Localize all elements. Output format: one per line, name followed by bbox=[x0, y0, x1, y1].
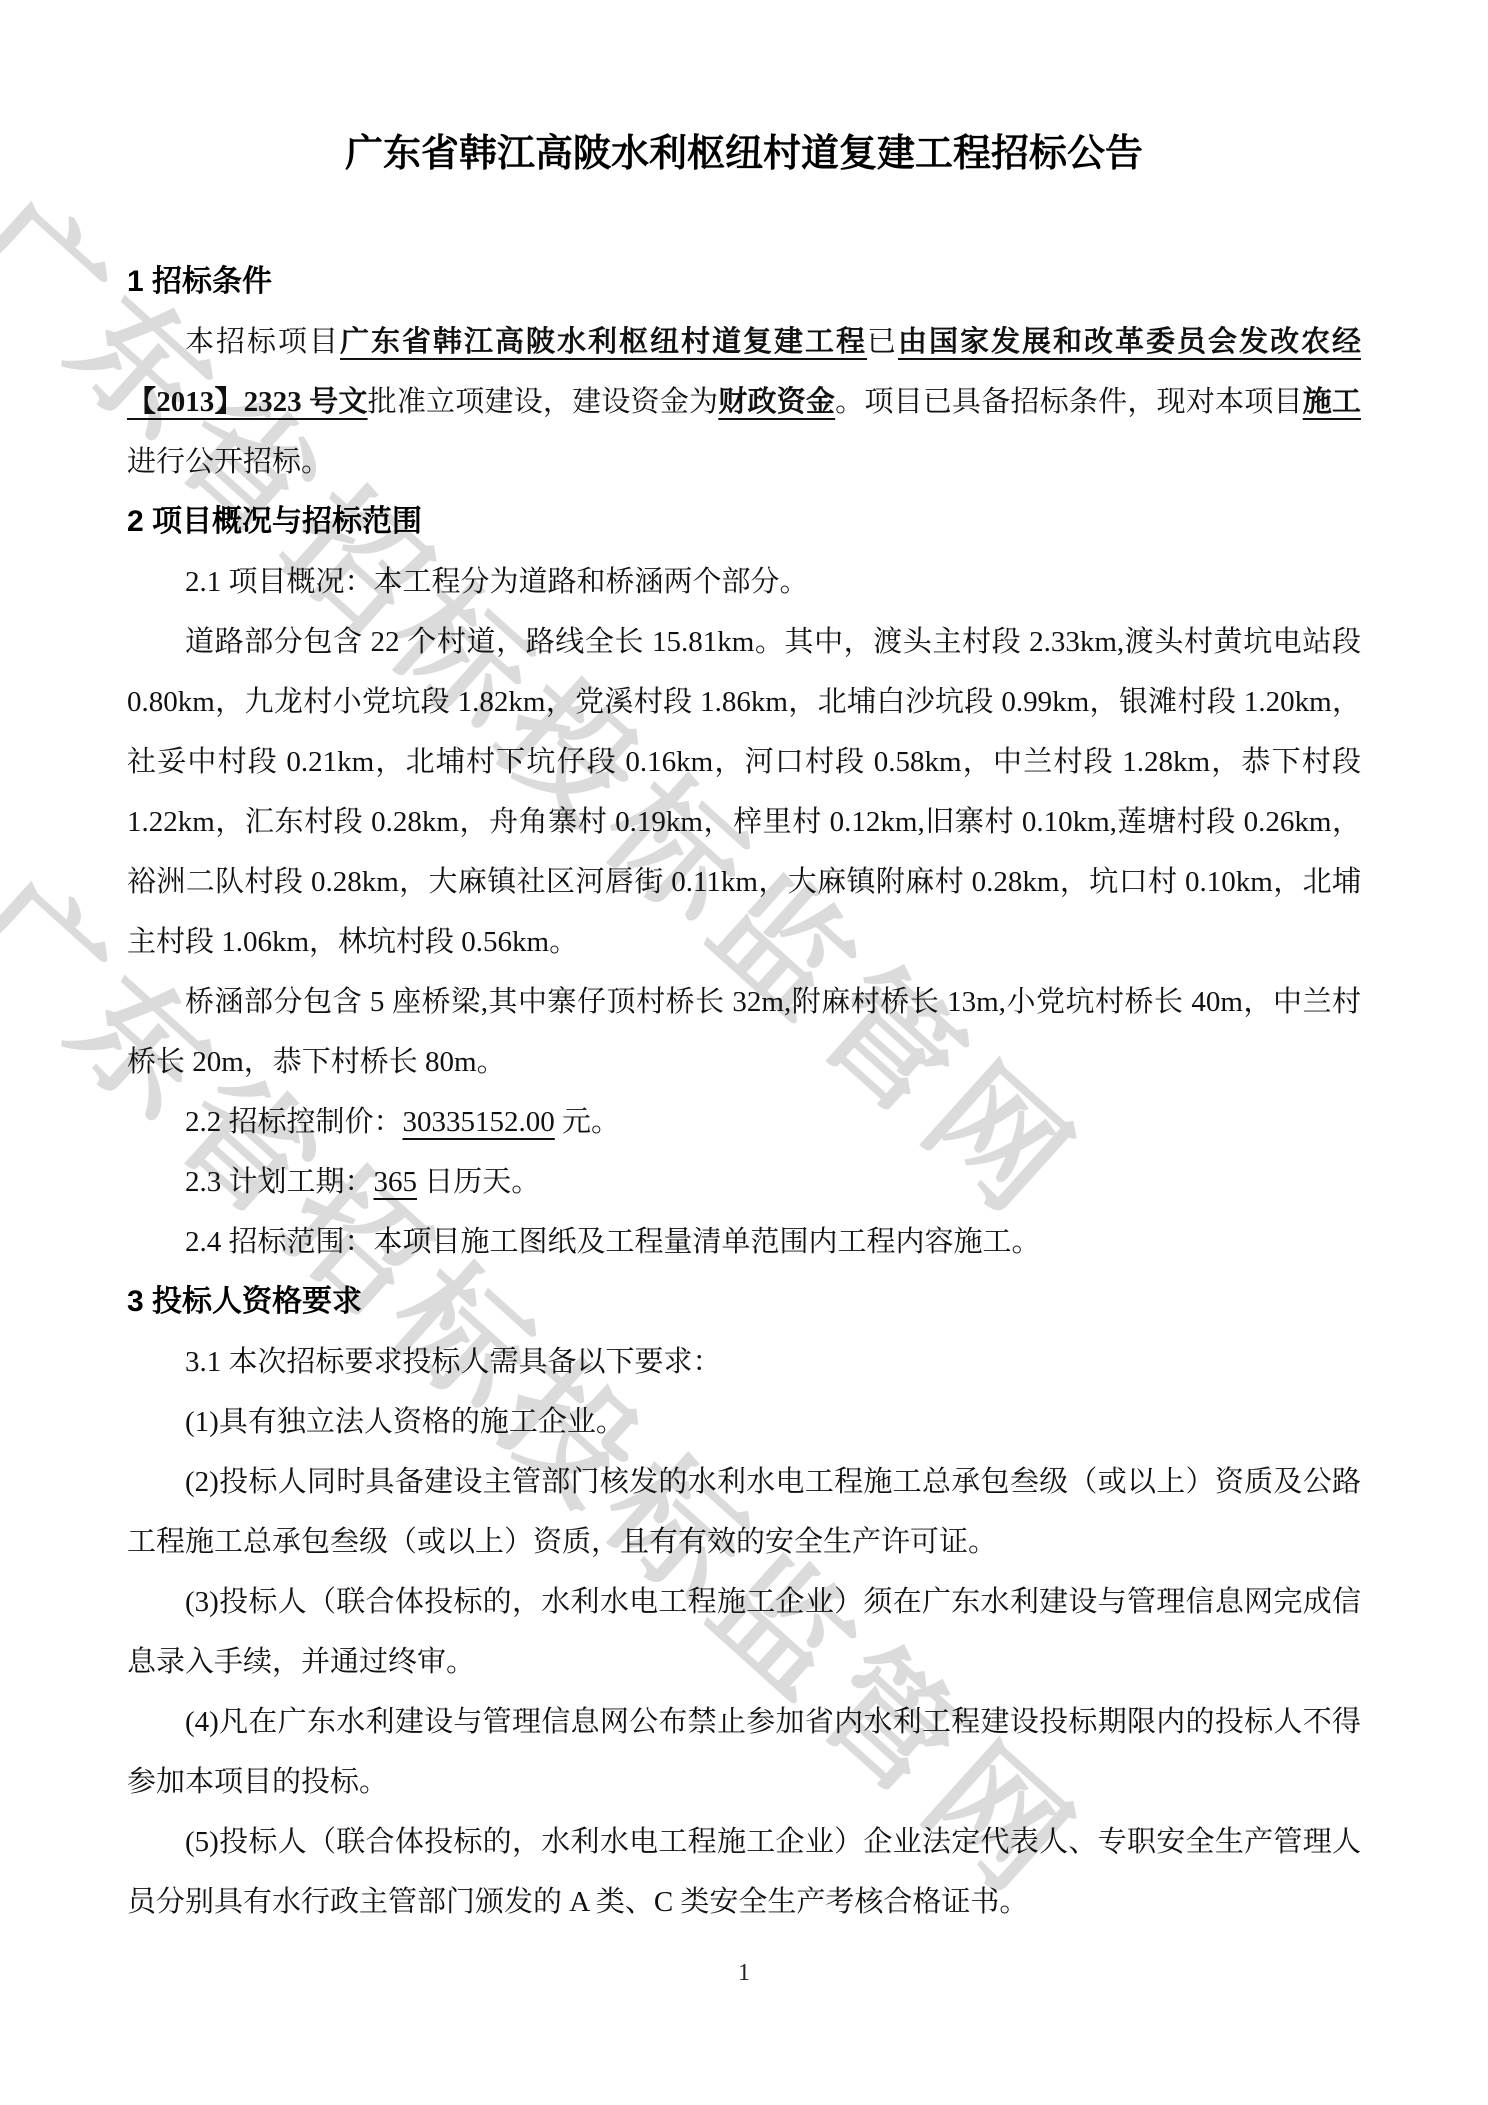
text-run: 3 投标人资格要求 bbox=[127, 1285, 362, 1318]
text-run: 2.4 招标范围：本项目施工图纸及工程量清单范围内工程内容施工。 bbox=[185, 1226, 1041, 1258]
paragraph: 2.1 项目概况：本工程分为道路和桥涵两个部分。 bbox=[127, 552, 1361, 612]
paragraph: (5)投标人（联合体投标的，水利水电工程施工企业）企业法定代表人、专职安全生产管… bbox=[127, 1812, 1361, 1932]
text-run: 批准立项建设，建设资金为 bbox=[368, 386, 719, 418]
text-run: 日历天。 bbox=[417, 1166, 540, 1198]
section-heading: 3 投标人资格要求 bbox=[127, 1272, 1361, 1332]
text-run: (2)投标人同时具备建设主管部门核发的水利水电工程施工总承包叁级（或以上）资质及… bbox=[127, 1466, 1361, 1558]
text-run: 。项目已具备招标条件，现对本项目 bbox=[835, 386, 1303, 418]
section-heading: 1 招标条件 bbox=[127, 252, 1361, 312]
paragraph: 道路部分包含 22 个村道，路线全长 15.81km。其中，渡头主村段 2.33… bbox=[127, 612, 1361, 972]
text-run: 本招标项目 bbox=[185, 326, 340, 358]
text-run: 已 bbox=[867, 326, 898, 358]
document-page: 广东省招标投标监管网 广东省招标投标监管网 广东省韩江高陂水利枢纽村道复建工程招… bbox=[0, 0, 1488, 2105]
section-heading: 2 项目概况与招标范围 bbox=[127, 492, 1361, 552]
paragraph: 3.1 本次招标要求投标人需具备以下要求： bbox=[127, 1332, 1361, 1392]
text-run: 进行公开招标。 bbox=[127, 446, 330, 478]
text-run: 2 项目概况与招标范围 bbox=[127, 505, 422, 538]
text-run: 2.1 项目概况：本工程分为道路和桥涵两个部分。 bbox=[185, 566, 809, 598]
paragraph: 桥涵部分包含 5 座桥梁,其中寨仔顶村桥长 32m,附麻村桥长 13m,小党坑村… bbox=[127, 972, 1361, 1092]
paragraph: (3)投标人（联合体投标的，水利水电工程施工企业）须在广东水利建设与管理信息网完… bbox=[127, 1572, 1361, 1692]
text-run: 施工 bbox=[1303, 386, 1361, 418]
text-run: 2.3 计划工期： bbox=[185, 1166, 374, 1198]
paragraph: 2.3 计划工期：365 日历天。 bbox=[127, 1152, 1361, 1212]
text-run: 广东省韩江高陂水利枢纽村道复建工程 bbox=[340, 326, 867, 358]
text-run: 道路部分包含 22 个村道，路线全长 15.81km。其中，渡头主村段 2.33… bbox=[127, 626, 1361, 958]
text-run: (5)投标人（联合体投标的，水利水电工程施工企业）企业法定代表人、专职安全生产管… bbox=[127, 1826, 1361, 1918]
text-run: 1 招标条件 bbox=[127, 265, 272, 298]
document-content-area: 广东省韩江高陂水利枢纽村道复建工程招标公告 1 招标条件本招标项目广东省韩江高陂… bbox=[127, 128, 1361, 1932]
text-run: 3.1 本次招标要求投标人需具备以下要求： bbox=[185, 1346, 722, 1378]
paragraph: (4)凡在广东水利建设与管理信息网公布禁止参加省内水利工程建设投标期限内的投标人… bbox=[127, 1692, 1361, 1812]
document-title: 广东省韩江高陂水利枢纽村道复建工程招标公告 bbox=[127, 128, 1361, 180]
document-content: 1 招标条件本招标项目广东省韩江高陂水利枢纽村道复建工程已由国家发展和改革委员会… bbox=[127, 252, 1361, 1932]
paragraph: 2.4 招标范围：本项目施工图纸及工程量清单范围内工程内容施工。 bbox=[127, 1212, 1361, 1272]
text-run: 财政资金 bbox=[718, 386, 835, 418]
text-run: 2.2 招标控制价： bbox=[185, 1106, 403, 1138]
paragraph: (1)具有独立法人资格的施工企业。 bbox=[127, 1392, 1361, 1452]
text-run: (4)凡在广东水利建设与管理信息网公布禁止参加省内水利工程建设投标期限内的投标人… bbox=[127, 1706, 1361, 1798]
text-run: (3)投标人（联合体投标的，水利水电工程施工企业）须在广东水利建设与管理信息网完… bbox=[127, 1586, 1361, 1678]
paragraph: 2.2 招标控制价：30335152.00 元。 bbox=[127, 1092, 1361, 1152]
text-run: 元。 bbox=[555, 1106, 620, 1138]
paragraph: (2)投标人同时具备建设主管部门核发的水利水电工程施工总承包叁级（或以上）资质及… bbox=[127, 1452, 1361, 1572]
paragraph: 本招标项目广东省韩江高陂水利枢纽村道复建工程已由国家发展和改革委员会发改农经【2… bbox=[127, 312, 1361, 492]
text-run: (1)具有独立法人资格的施工企业。 bbox=[185, 1406, 625, 1438]
text-run: 365 bbox=[374, 1166, 418, 1198]
page-number: 1 bbox=[0, 1958, 1488, 1988]
text-run: 30335152.00 bbox=[403, 1106, 555, 1138]
text-run: 桥涵部分包含 5 座桥梁,其中寨仔顶村桥长 32m,附麻村桥长 13m,小党坑村… bbox=[127, 986, 1361, 1078]
